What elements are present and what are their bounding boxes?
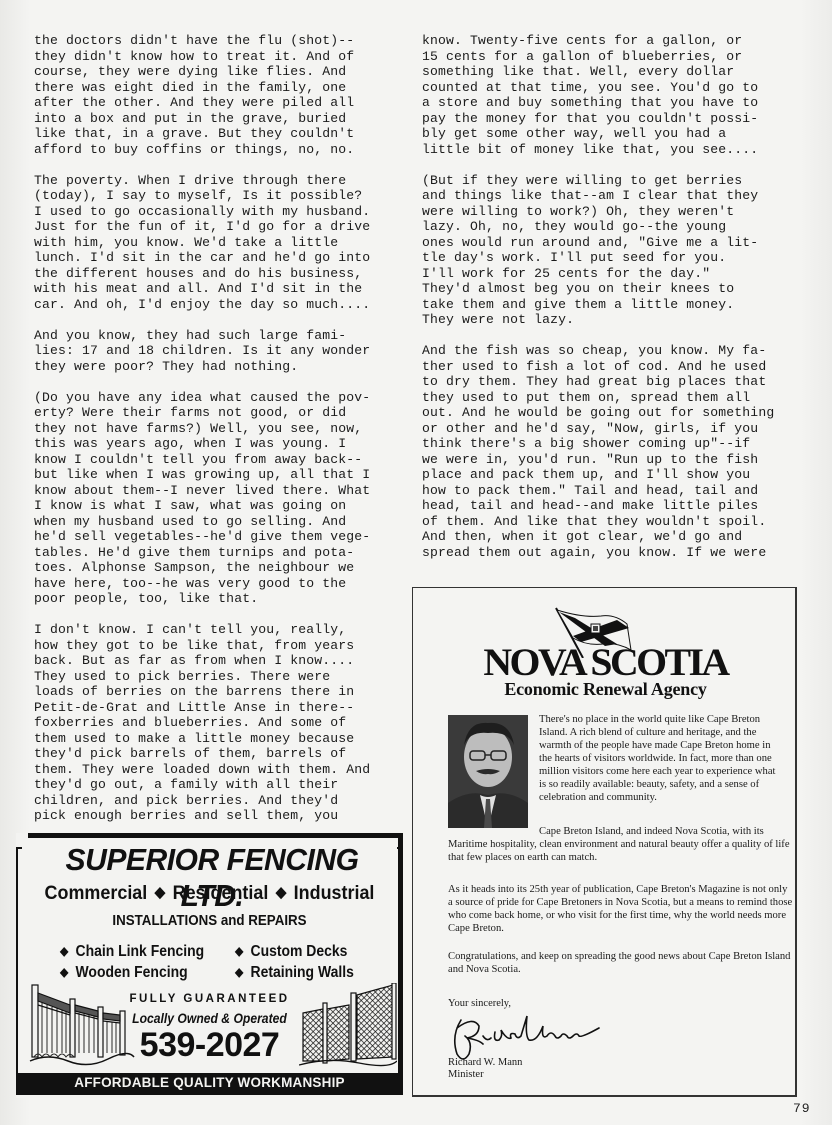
article-line: a store and buy something that you have … [422, 95, 802, 111]
frame-corner [397, 847, 403, 849]
article-line: counted at that time, you see. You'd go … [422, 80, 802, 96]
letter-paragraph-4: Congratulations, and keep on spreading t… [448, 950, 793, 976]
article-paragraph: I don't know. I can't tell you, really,h… [34, 622, 414, 824]
article-line: lunch. I'd sit in the car and he'd go in… [34, 250, 414, 266]
article-paragraph: (Do you have any idea what caused the po… [34, 390, 414, 607]
article-line: lazy. Oh, no, they would go--the young [422, 219, 802, 235]
article-line: foxberries and blueberries. And some of [34, 715, 414, 731]
article-line: them. They were loaded down with them. A… [34, 762, 414, 778]
article-line: They'd almost beg you on their knees to [422, 281, 802, 297]
article-line: he'd sell vegetables--he'd give them veg… [34, 529, 414, 545]
article-line: or other and he'd say, "Now, girls, if y… [422, 421, 802, 437]
article-paragraph: know. Twenty-five cents for a gallon, or… [422, 33, 802, 157]
article-line: after the other. And they were piled all [34, 95, 414, 111]
service-residential: Residential [173, 882, 269, 904]
portrait-photo-icon [448, 715, 528, 828]
article-left-column: the doctors didn't have the flu (shot)--… [34, 33, 414, 839]
article-line: Petit-de-Grat and Little Anse in there-- [34, 700, 414, 716]
article-line: bly get some other way, well you had a [422, 126, 802, 142]
signatory: Richard W. Mann Minister [448, 1057, 522, 1081]
article-line: children, and pick berries. And they'd [34, 793, 414, 809]
article-line: loads of berries on the barrens there in [34, 684, 414, 700]
fencing-product-list: ◆Chain Link Fencing ◆Custom Decks ◆Woode… [60, 943, 380, 982]
article-line: ones would run around and, "Give me a li… [422, 235, 802, 251]
article-line: know I couldn't tell you from away back-… [34, 452, 414, 468]
article-line: they were poor? They had nothing. [34, 359, 414, 375]
minister-title: Minister [448, 1069, 522, 1081]
article-line: They were not lazy. [422, 312, 802, 328]
article-line: take them and give them a little money. [422, 297, 802, 313]
diamond-bullet-icon: ◆ [60, 944, 68, 958]
article-line: And then, when it got clear, we'd go and [422, 529, 802, 545]
article-line: poor people, too, like that. [34, 591, 414, 607]
article-line: lies: 17 and 18 children. Is it any wond… [34, 343, 414, 359]
article-line: course, they were dying like flies. And [34, 64, 414, 80]
article-line: how to pack them." Tail and head, tail a… [422, 483, 802, 499]
article-line: we were in, you'd run. "Run up to the fi… [422, 452, 802, 468]
article-line: little bit of money like that, you see..… [422, 142, 802, 158]
article-line: when my husband used to go selling. And [34, 514, 414, 530]
fencing-phone-number: 539-2027 [16, 1026, 403, 1065]
diamond-bullet-icon: ◆ [276, 884, 287, 901]
article-line: to dry them. They had great big places t… [422, 374, 802, 390]
article-line: I don't know. I can't tell you, really, [34, 622, 414, 638]
article-line: (But if they were willing to get berries [422, 173, 802, 189]
article-line: with his meat and all. And I'd sit in th… [34, 281, 414, 297]
article-line: I used to go occasionally with my husban… [34, 204, 414, 220]
article-line: The poverty. When I drive through there [34, 173, 414, 189]
article-line: they used to put them on, spread them al… [422, 390, 802, 406]
product-label: Chain Link Fencing [76, 943, 205, 960]
article-paragraph: (But if they were willing to get berries… [422, 173, 802, 328]
article-line: out. And he would be going out for somet… [422, 405, 802, 421]
article-right-column: know. Twenty-five cents for a gallon, or… [422, 33, 802, 576]
fencing-service-types: Commercial◆Residential◆Industrial [31, 882, 387, 905]
article-line: tle day's work. I'll put seed for you. [422, 250, 802, 266]
letter-paragraph-2-text: Cape Breton Island, and indeed Nova Scot… [448, 826, 790, 863]
article-line: the doctors didn't have the flu (shot)-- [34, 33, 414, 49]
article-line: think there's a big shower coming up"--i… [422, 436, 802, 452]
product-item: ◆Wooden Fencing [60, 964, 218, 982]
article-line: I'll work for 25 cents for the day." [422, 266, 802, 282]
article-paragraph: And you know, they had such large fami-l… [34, 328, 414, 375]
article-line: something like that. Well, every dollar [422, 64, 802, 80]
letter-paragraph-1: There's no place in the world quite like… [539, 713, 784, 804]
article-line: how they got to be like that, from years [34, 638, 414, 654]
fully-guaranteed-label: FULLY GUARANTEED [16, 993, 403, 1005]
affordable-quality-banner: AFFORDABLE QUALITY WORKMANSHIP [18, 1073, 401, 1093]
article-paragraph: the doctors didn't have the flu (shot)--… [34, 33, 414, 157]
article-line: they didn't know how to treat it. And of [34, 49, 414, 65]
article-paragraph: And the fish was so cheap, you know. My … [422, 343, 802, 560]
article-line: back. But as far as from when I know.... [34, 653, 414, 669]
article-line: they'd pick barrels of them, barrels of [34, 746, 414, 762]
article-line: the different houses and do his business… [34, 266, 414, 282]
article-line: And the fish was so cheap, you know. My … [422, 343, 802, 359]
diamond-bullet-icon: ◆ [235, 944, 243, 958]
article-line: like that, in a grave. But they couldn't [34, 126, 414, 142]
article-line: toes. Alphonse Sampson, the neighbour we [34, 560, 414, 576]
article-line: know. Twenty-five cents for a gallon, or [422, 33, 802, 49]
locally-owned-label: Locally Owned & Operated [35, 1011, 383, 1026]
diamond-bullet-icon: ◆ [60, 965, 68, 979]
product-label: Custom Decks [251, 943, 348, 960]
article-line: head, tail and head--and make little pil… [422, 498, 802, 514]
article-line: I know is what I saw, what was going on [34, 498, 414, 514]
letter-paragraph-3: As it heads into its 25th year of public… [448, 883, 793, 935]
agency-name: Economic Renewal Agency [413, 679, 798, 700]
article-line: were willing to work?) Oh, they weren't [422, 204, 802, 220]
page-number: 79 [793, 1101, 811, 1116]
article-line: 15 cents for a gallon of blueberries, or [422, 49, 802, 65]
service-industrial: Industrial [294, 882, 375, 904]
minister-portrait [448, 715, 528, 828]
diamond-bullet-icon: ◆ [155, 884, 166, 901]
product-item: ◆Chain Link Fencing [60, 943, 218, 961]
article-line: (Do you have any idea what caused the po… [34, 390, 414, 406]
article-line: They used to pick berries. There were [34, 669, 414, 685]
article-line: And you know, they had such large fami- [34, 328, 414, 344]
article-line: erty? Were their farms not good, or did [34, 405, 414, 421]
article-line: they not have farms?) Well, you see, now… [34, 421, 414, 437]
nova-scotia-ad: NOVA SCOTIA Economic Renewal Agency Ther… [412, 587, 797, 1097]
article-line: pay the money for that you couldn't poss… [422, 111, 802, 127]
article-line: place and pack them up, and I'll show yo… [422, 467, 802, 483]
product-label: Wooden Fencing [76, 964, 188, 981]
article-line: with him, you know. We'd take a little [34, 235, 414, 251]
article-line: there was eight died in the family, one [34, 80, 414, 96]
article-line: tables. He'd give them turnips and pota- [34, 545, 414, 561]
product-label: Retaining Walls [251, 964, 354, 981]
minister-name: Richard W. Mann [448, 1057, 522, 1069]
article-paragraph: The poverty. When I drive through there(… [34, 173, 414, 313]
article-line: ther used to fish a lot of cod. And he u… [422, 359, 802, 375]
magazine-page: the doctors didn't have the flu (shot)--… [0, 0, 832, 1125]
article-line: car. And oh, I'd enjoy the day so much..… [34, 297, 414, 313]
product-item: ◆Custom Decks [235, 943, 366, 961]
article-line: have here, too--he was very good to the [34, 576, 414, 592]
article-line: know about them--I never lived there. Wh… [34, 483, 414, 499]
article-line: this was years ago, when I was young. I [34, 436, 414, 452]
article-line: Just for the fun of it, I'd go for a dri… [34, 219, 414, 235]
article-line: they'd go out, a family with all their [34, 777, 414, 793]
article-line: of them. And like that they wouldn't spo… [422, 514, 802, 530]
frame-corner [16, 847, 22, 849]
letter-paragraph-2: Cape Breton Island, and indeed Nova Scot… [448, 825, 793, 864]
product-item: ◆Retaining Walls [235, 964, 366, 982]
diamond-bullet-icon: ◆ [235, 965, 243, 979]
article-line: them used to make a little money because [34, 731, 414, 747]
article-line: spread them out again, you know. If we w… [422, 545, 802, 561]
article-line: and things like that--am I clear that th… [422, 188, 802, 204]
installations-heading: INSTALLATIONS and REPAIRS [31, 913, 387, 929]
article-line: afford to buy coffins or things, no, no. [34, 142, 414, 158]
service-commercial: Commercial [45, 882, 148, 904]
superior-fencing-ad: SUPERIOR FENCING LTD. Commercial◆Residen… [16, 833, 403, 1098]
article-line: pick enough berries and sell them, you [34, 808, 414, 824]
article-line: into a box and put in the grave, buried [34, 111, 414, 127]
article-line: (today), I say to myself, Is it possible… [34, 188, 414, 204]
article-line: but like when I was growing up, all that… [34, 467, 414, 483]
ad-border-top [28, 833, 403, 838]
